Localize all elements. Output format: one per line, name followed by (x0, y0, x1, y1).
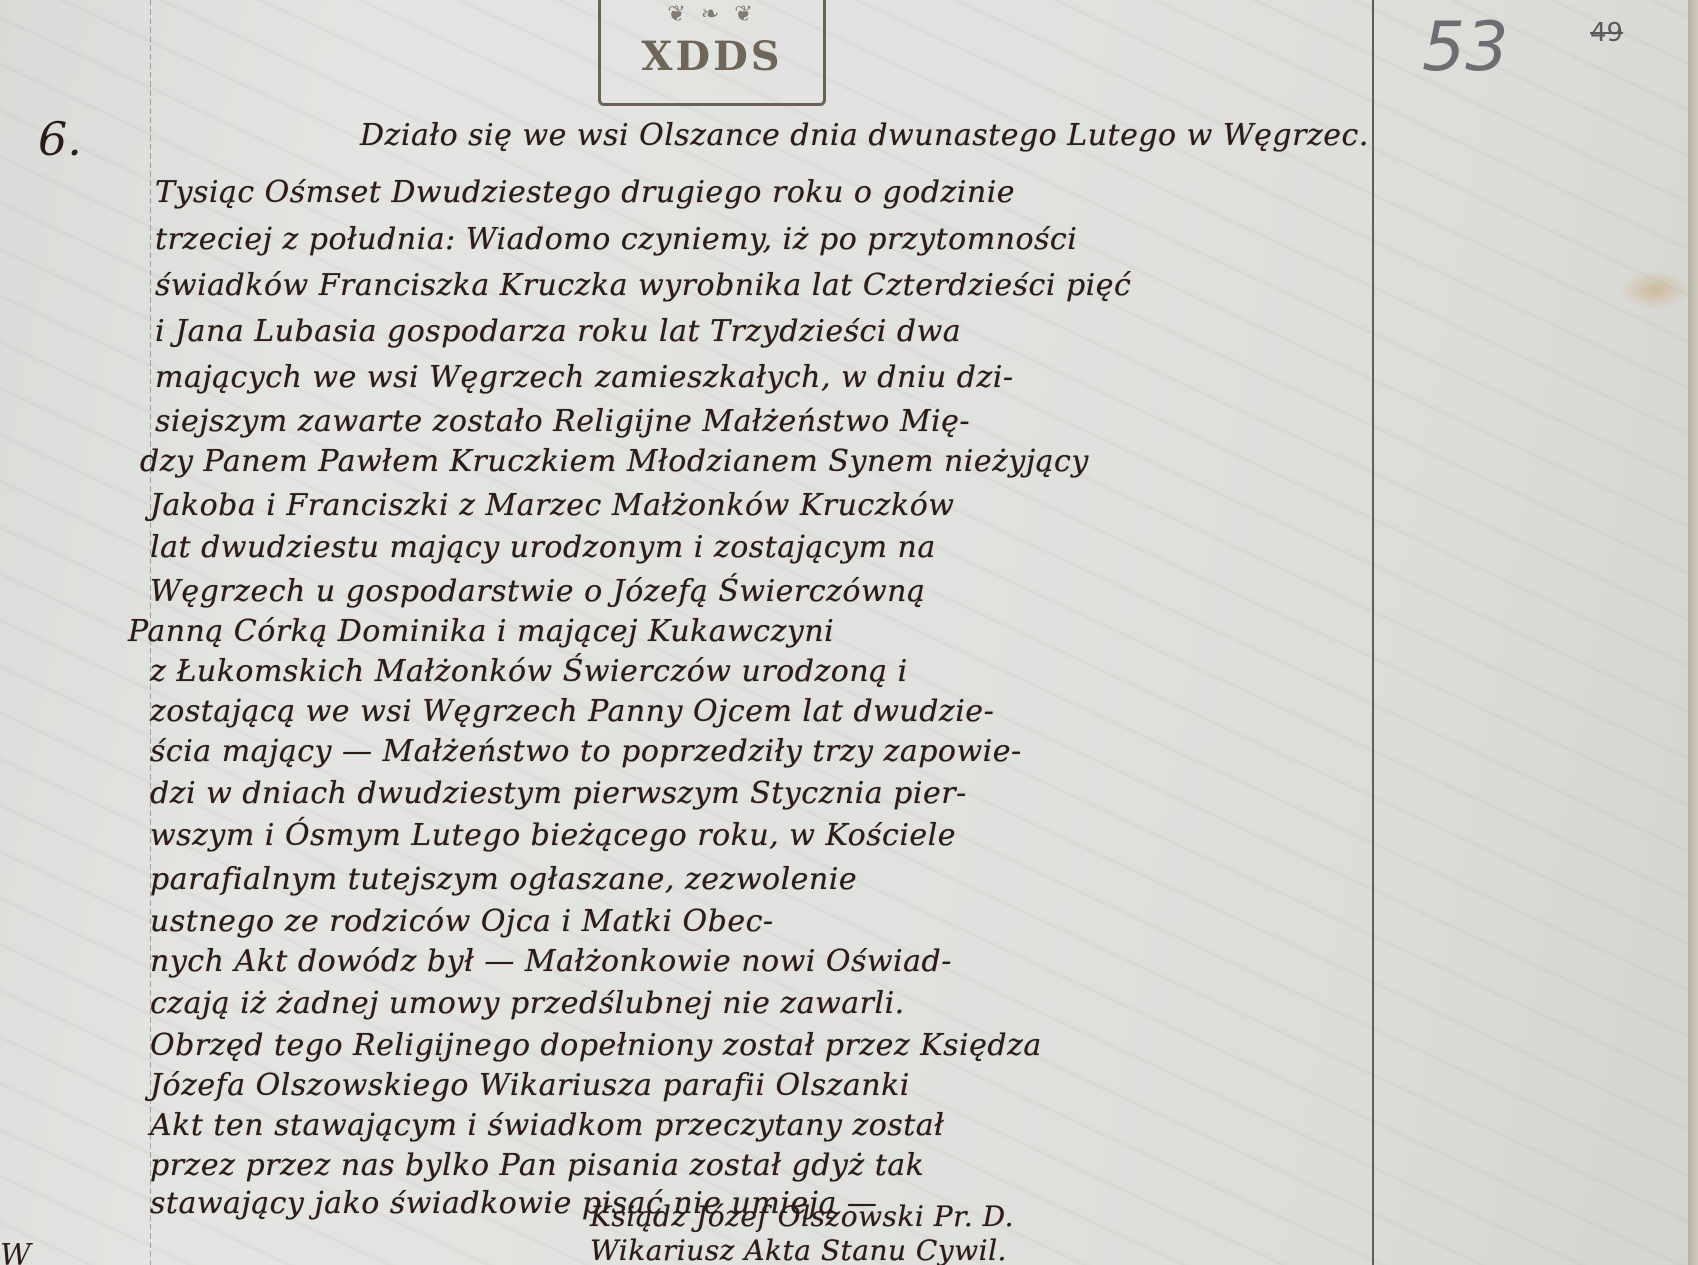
record-line: trzeciej z południa: Wiadomo czyniemy, i… (155, 222, 1077, 257)
record-line: ustnego ze rodziców Ojca i Matki Obec- (150, 904, 774, 939)
record-line: dzy Panem Pawłem Kruczkiem Młodzianem Sy… (140, 444, 1089, 479)
record-line: czają iż żadnej umowy przedślubnej nie z… (150, 986, 905, 1021)
record-line: Obrzęd tego Religijnego dopełniony zosta… (150, 1028, 1042, 1063)
record-line: Jakoba i Franciszki z Marzec Małżonków K… (150, 488, 954, 523)
record-line: nych Akt dowódz był — Małżonkowie nowi O… (150, 944, 952, 979)
page-edge (1688, 0, 1698, 1265)
next-entry-fragment: W (0, 1238, 31, 1265)
record-line: przez przez nas bylko Pan pisania został… (150, 1148, 924, 1183)
record-line: Józefa Olszowskiego Wikariusza parafii O… (150, 1068, 910, 1103)
record-line: Tysiąc Ośmset Dwudziestego drugiego roku… (155, 175, 1015, 210)
folio-old-number: 49 (1590, 18, 1623, 48)
entry-number: 6. (38, 112, 82, 166)
archive-stamp: ❦ ❧ ❦ XDDS (598, 0, 826, 106)
signature-priest: Ksiądz Józef Olszowski Pr. D. (590, 1200, 1014, 1233)
signature-title: Wikariusz Akta Stanu Cywil. (590, 1234, 1007, 1265)
paper-stain (1620, 270, 1690, 310)
record-line: parafialnym tutejszym ogłaszane, zezwole… (150, 862, 857, 897)
record-line: z Łukomskich Małżonków Świerczów urodzon… (150, 654, 908, 689)
record-line: Węgrzech u gospodarstwie o Józefą Świerc… (150, 574, 925, 609)
record-line: Akt ten stawającym i świadkom przeczytan… (150, 1108, 944, 1143)
stamp-label: XDDS (601, 33, 823, 80)
record-line: dzi w dniach dwudziestym pierwszym Stycz… (150, 776, 967, 811)
folio-number: 53 (1422, 8, 1509, 87)
record-line: Działo się we wsi Olszance dnia dwunaste… (360, 118, 1369, 153)
record-line: wszym i Ósmym Lutego bieżącego roku, w K… (150, 818, 956, 853)
record-line: lat dwudziestu mający urodzonym i zostaj… (150, 530, 936, 565)
record-line: i Jana Lubasia gospodarza roku lat Trzyd… (155, 314, 961, 349)
record-line: zostającą we wsi Węgrzech Panny Ojcem la… (150, 694, 994, 729)
stamp-ornament-icon: ❦ ❧ ❦ (601, 2, 823, 27)
record-line: świadków Franciszka Kruczka wyrobnika la… (155, 268, 1131, 303)
record-line: siejszym zawarte zostało Religijne Małże… (155, 404, 970, 439)
record-line: mających we wsi Węgrzech zamieszkałych, … (155, 360, 1014, 395)
manuscript-page: ❦ ❧ ❦ XDDS 53 49 6. Działo się we wsi Ol… (0, 0, 1698, 1265)
right-margin-rule (1372, 0, 1374, 1265)
record-line: ścia mający — Małżeństwo to poprzedziły … (150, 734, 1022, 769)
record-line: Panną Córką Dominika i mającej Kukawczyn… (128, 614, 834, 649)
